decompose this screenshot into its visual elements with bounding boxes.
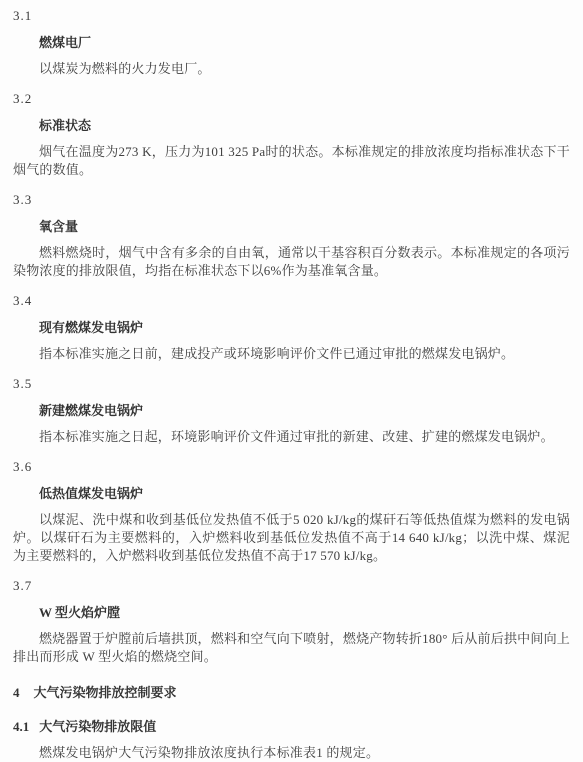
subsection-heading: 4.1大气污染物排放限值 bbox=[13, 718, 570, 736]
chapter-title: 大气污染物排放控制要求 bbox=[34, 685, 177, 700]
definition-paragraph: 燃烧器置于炉膛前后墙拱顶，燃料和空气向下喷射，燃烧产物转折180° 后从前后拱中… bbox=[13, 630, 570, 666]
term-heading: W 型火焰炉膛 bbox=[13, 604, 570, 622]
document-page: 3.1 燃煤电厂 以煤炭为燃料的火力发电厂。 3.2 标准状态 烟气在温度为27… bbox=[0, 0, 583, 762]
term-heading: 标准状态 bbox=[13, 117, 570, 135]
term-heading: 新建燃煤发电锅炉 bbox=[13, 402, 570, 420]
term-heading: 现有燃煤发电锅炉 bbox=[13, 319, 570, 337]
clause-section-3-6: 3.6 低热值煤发电锅炉 以煤泥、洗中煤和收到基低位发热值不低于5 020 kJ… bbox=[13, 458, 570, 565]
clause-section-3-7: 3.7 W 型火焰炉膛 燃烧器置于炉膛前后墙拱顶，燃料和空气向下喷射，燃烧产物转… bbox=[13, 577, 570, 666]
definition-paragraph: 以煤炭为燃料的火力发电厂。 bbox=[13, 60, 570, 78]
term-heading: 低热值煤发电锅炉 bbox=[13, 485, 570, 503]
clause-number: 3.1 bbox=[13, 7, 570, 25]
definition-paragraph: 指本标准实施之日起，环境影响评价文件通过审批的新建、改建、扩建的燃煤发电锅炉。 bbox=[13, 428, 570, 446]
clause-section-3-2: 3.2 标准状态 烟气在温度为273 K，压力为101 325 Pa时的状态。本… bbox=[13, 90, 570, 179]
definition-paragraph: 以煤泥、洗中煤和收到基低位发热值不低于5 020 kJ/kg的煤矸石等低热值煤为… bbox=[13, 511, 570, 565]
clause-number: 3.3 bbox=[13, 191, 570, 209]
term-heading: 燃煤电厂 bbox=[13, 34, 570, 52]
clause-number: 3.4 bbox=[13, 292, 570, 310]
clause-section-3-1: 3.1 燃煤电厂 以煤炭为燃料的火力发电厂。 bbox=[13, 7, 570, 78]
clause-number: 3.7 bbox=[13, 577, 570, 595]
clause-section-3-3: 3.3 氧含量 燃料燃烧时，烟气中含有多余的自由氧，通常以干基容积百分数表示。本… bbox=[13, 191, 570, 280]
definition-paragraph: 指本标准实施之日前，建成投产或环境影响评价文件已通过审批的燃煤发电锅炉。 bbox=[13, 345, 570, 363]
definition-paragraph: 烟气在温度为273 K，压力为101 325 Pa时的状态。本标准规定的排放浓度… bbox=[13, 143, 570, 179]
clause-number: 3.6 bbox=[13, 458, 570, 476]
chapter-heading: 4大气污染物排放控制要求 bbox=[13, 684, 570, 702]
clause-section-3-5: 3.5 新建燃煤发电锅炉 指本标准实施之日起，环境影响评价文件通过审批的新建、改… bbox=[13, 375, 570, 446]
clause-section-3-4: 3.4 现有燃煤发电锅炉 指本标准实施之日前，建成投产或环境影响评价文件已通过审… bbox=[13, 292, 570, 363]
subsection-title: 大气污染物排放限值 bbox=[39, 719, 156, 734]
clause-number: 3.5 bbox=[13, 375, 570, 393]
definition-paragraph: 燃料燃烧时，烟气中含有多余的自由氧，通常以干基容积百分数表示。本标准规定的各项污… bbox=[13, 244, 570, 280]
chapter-number: 4 bbox=[13, 684, 20, 702]
body-paragraph: 燃煤发电锅炉大气污染物排放浓度执行本标准表1 的规定。 bbox=[13, 744, 570, 762]
term-heading: 氧含量 bbox=[13, 218, 570, 236]
subsection-number: 4.1 bbox=[13, 718, 29, 736]
clause-number: 3.2 bbox=[13, 90, 570, 108]
